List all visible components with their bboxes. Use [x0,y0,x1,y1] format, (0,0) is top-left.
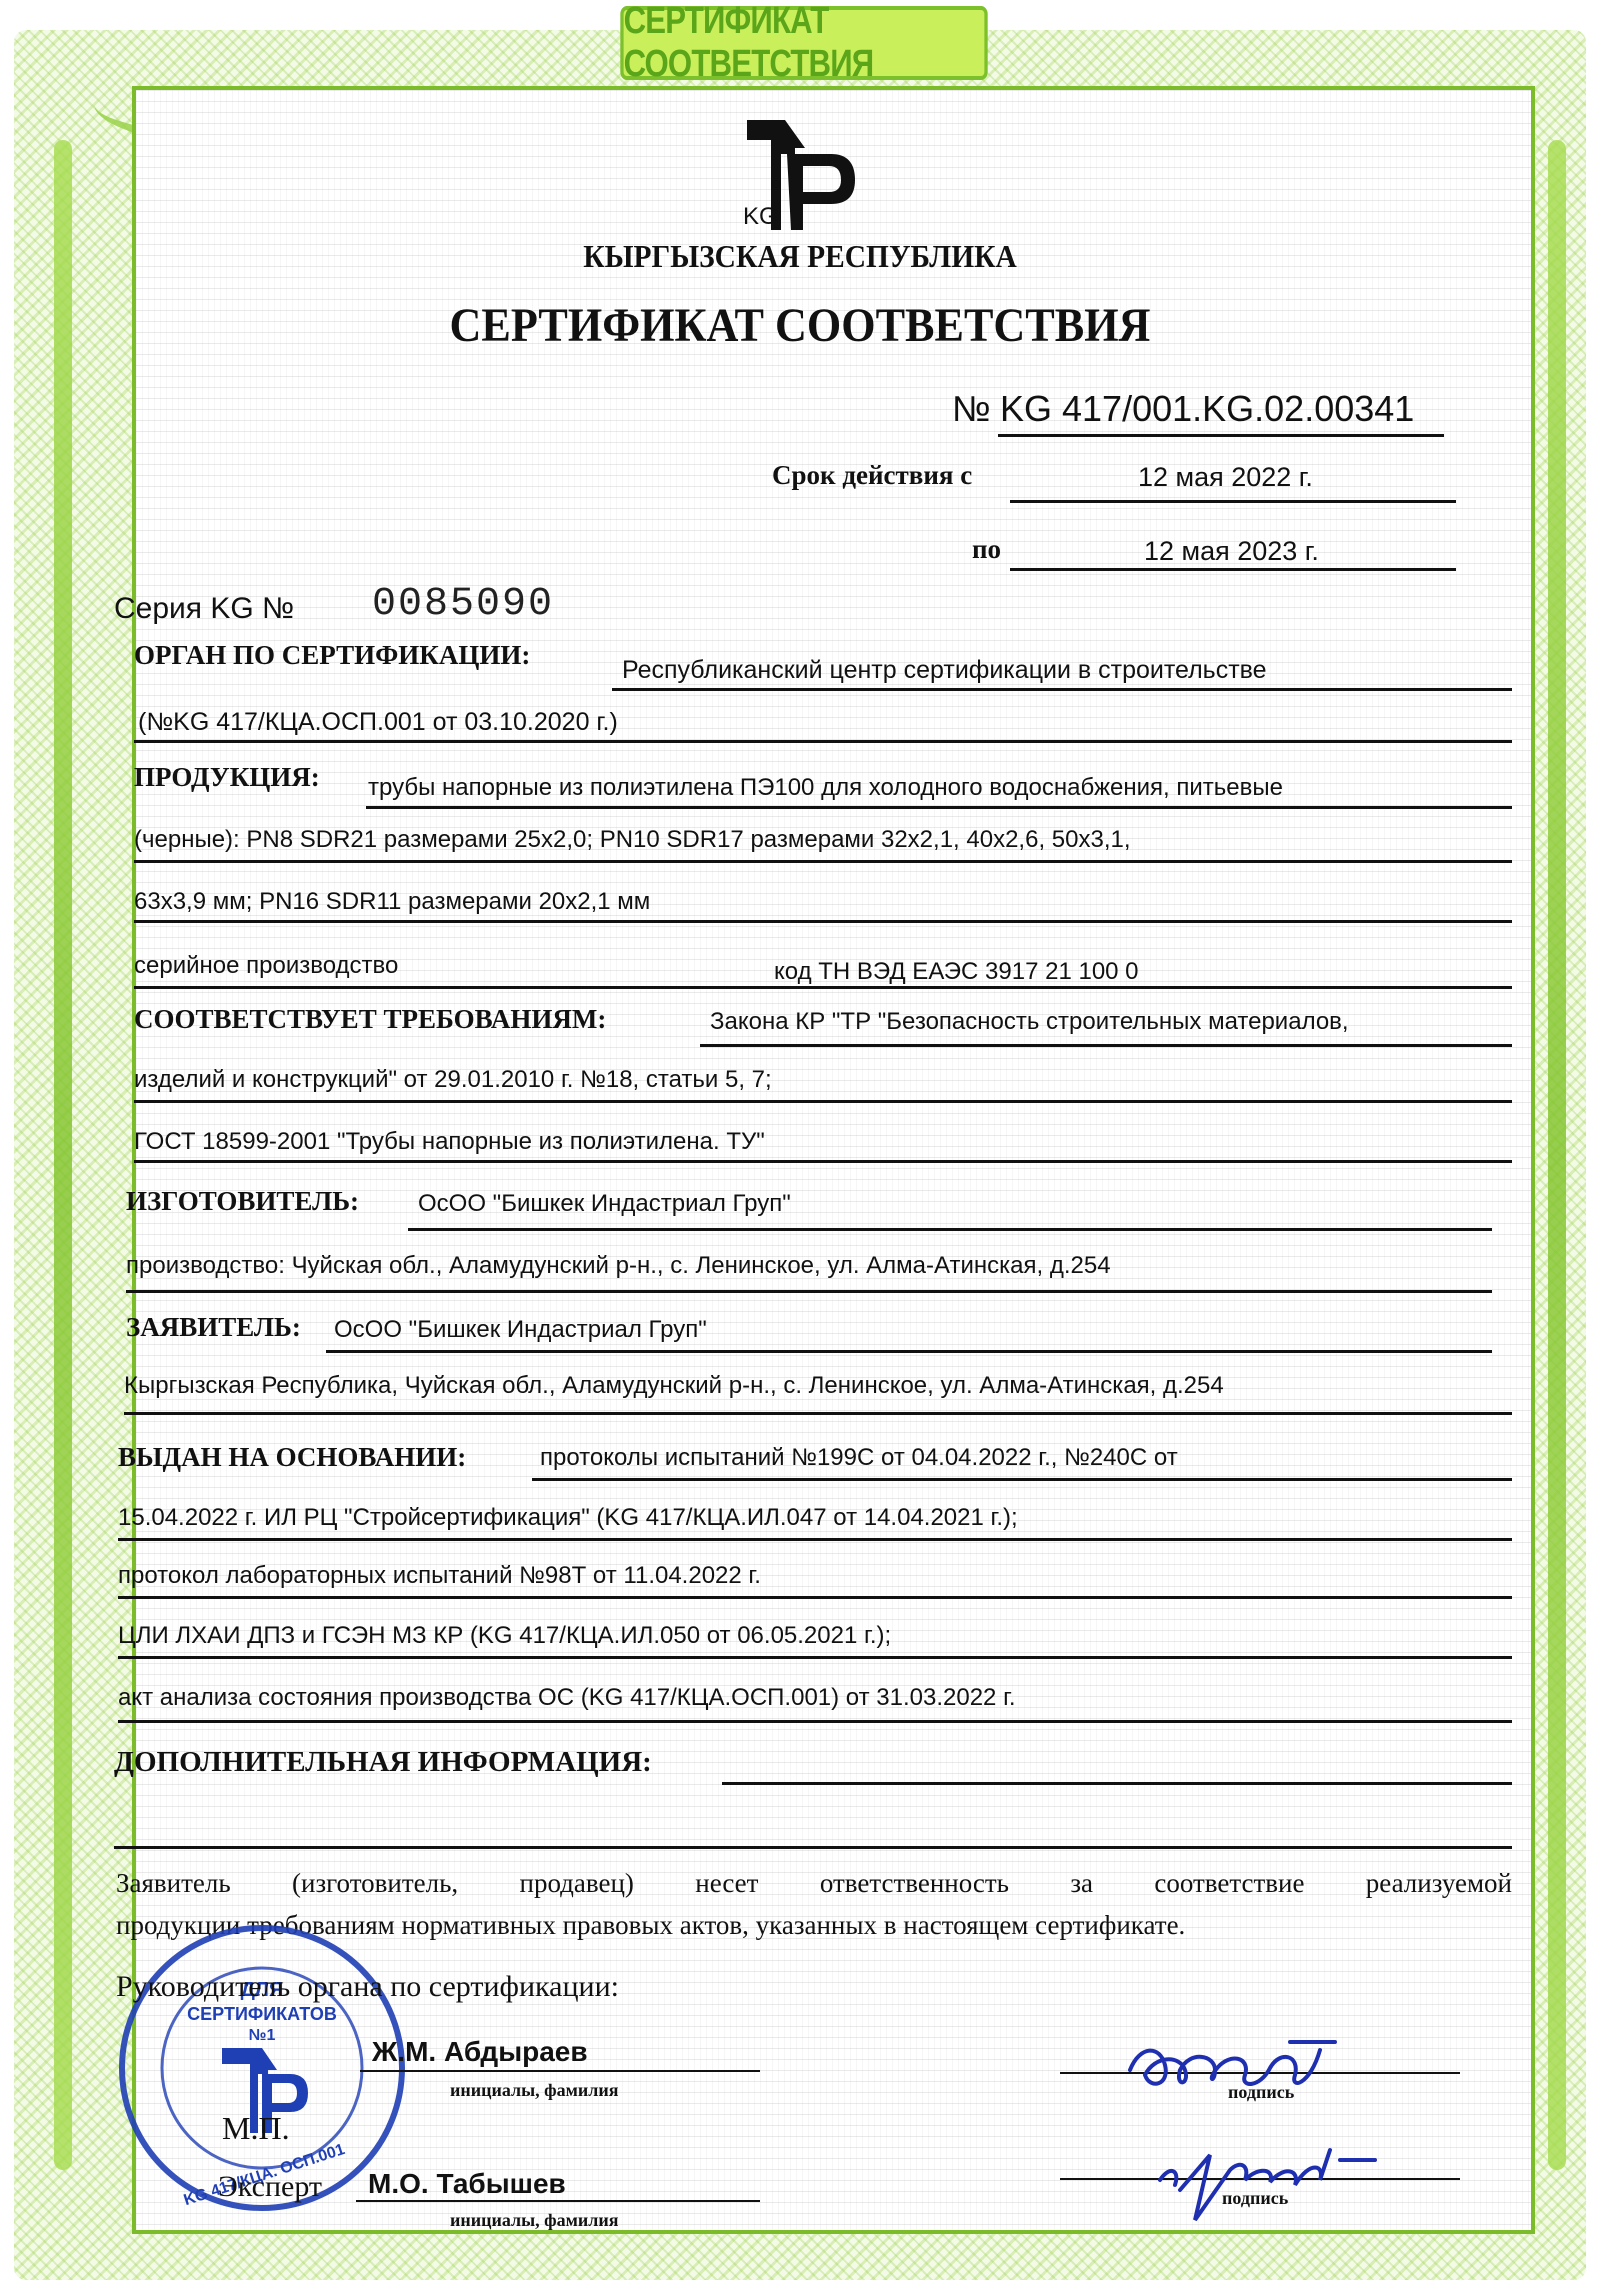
head-name: Ж.М. Абдыраев [372,2036,588,2068]
customs-code: код ТН ВЭД ЕАЭС 3917 21 100 0 [774,958,1139,986]
certificate-number-prefix: № [952,388,991,430]
valid-to-date: 12 мая 2023 г. [1144,536,1319,567]
certification-body-label: ОРГАН ПО СЕРТИФИКАЦИИ: [134,640,530,671]
underline [114,1846,1512,1849]
head-name-caption: инициалы, фамилия [450,2080,618,2101]
manufacturer-name: ОсОО "Бишкек Индастриал Груп" [418,1190,791,1218]
country-name: КЫРГЫЗСКАЯ РЕСПУБЛИКА [64,238,1536,275]
seal-place-label: М.П. [222,2110,290,2147]
requirements-line-1: Закона КР "ТР "Безопасность строительных… [710,1008,1349,1036]
manufacturer-label: ИЗГОТОВИТЕЛЬ: [126,1186,359,1217]
underline [408,1228,1492,1231]
underline [722,1782,1512,1785]
certification-body-accreditation: (№KG 417/КЦА.ОСП.001 от 03.10.2020 г.) [138,708,618,737]
production-type: серийное производство [134,952,398,980]
applicant-label: ЗАЯВИТЕЛЬ: [126,1312,301,1343]
requirements-line-3: ГОСТ 18599-2001 "Трубы напорные из полиэ… [134,1128,765,1156]
basis-line-2: 15.04.2022 г. ИЛ РЦ "Стройсертификация" … [118,1504,1018,1532]
underline [532,1478,1512,1481]
underline [326,1350,1492,1353]
underline [118,1720,1512,1723]
certification-body-value: Республиканский центр сертификации в стр… [622,656,1267,685]
decorative-band-left [54,140,72,2170]
underline [134,920,1512,923]
disclaimer-line-1: Заявитель (изготовитель, продавец) несет… [116,1868,1512,1899]
svg-text:№1: №1 [249,2027,276,2044]
valid-to-label: по [972,534,1001,565]
certificate-number: KG 417/001.KG.02.00341 [1000,388,1414,430]
basis-line-4: ЦЛИ ЛХАИ ДПЗ и ГСЭН МЗ КР (KG 417/КЦА.ИЛ… [118,1622,891,1650]
product-line-3: 63х3,9 мм; PN16 SDR11 размерами 20х2,1 м… [134,888,650,916]
applicant-name: ОсОО "Бишкек Индастриал Груп" [334,1316,707,1344]
svg-text:СЕРТИФИКАТОВ: СЕРТИФИКАТОВ [187,2004,337,2024]
product-label: ПРОДУКЦИЯ: [134,762,320,793]
product-line-1: трубы напорные из полиэтилена ПЭ100 для … [368,774,1283,802]
underline [998,434,1444,437]
underline [134,986,1512,989]
underline [356,2200,760,2202]
underline [118,1596,1512,1599]
applicant-address: Кыргызская Республика, Чуйская обл., Ала… [124,1372,1224,1400]
decorative-band-right [1548,140,1566,2170]
basis-label: ВЫДАН НА ОСНОВАНИИ: [118,1442,466,1473]
underline [1010,500,1456,503]
underline [360,2070,760,2072]
series-label: Серия KG № [114,592,294,626]
underline [126,1290,1492,1293]
basis-line-3: протокол лабораторных испытаний №98Т от … [118,1562,761,1590]
basis-line-1: протоколы испытаний №199С от 04.04.2022 … [540,1444,1178,1472]
underline [366,806,1512,809]
valid-from-label: Срок действия с [772,460,972,491]
manufacturer-address: производство: Чуйская обл., Аламудунский… [126,1252,1111,1280]
underline [134,740,1512,743]
underline [124,1412,1512,1415]
underline [700,1044,1512,1047]
expert-signature-icon [1150,2120,1390,2230]
head-signature-icon [1120,2030,1350,2100]
additional-info-label: ДОПОЛНИТЕЛЬНАЯ ИНФОРМАЦИЯ: [114,1746,652,1779]
basis-line-5: акт анализа состояния производства ОС (K… [118,1684,1016,1712]
underline [118,1656,1512,1659]
expert-name-caption: инициалы, фамилия [450,2210,618,2231]
underline [134,1160,1512,1163]
document-title: СЕРТИФИКАТ СООТВЕТСТВИЯ [64,298,1536,353]
underline [1010,568,1456,571]
requirements-line-2: изделий и конструкций" от 29.01.2010 г. … [134,1066,772,1094]
underline [134,860,1512,863]
underline [612,688,1512,691]
head-of-body-label: Руководитель органа по сертификации: [116,1970,619,2004]
svg-text:KG: KG [743,203,778,230]
tr-kg-logo-icon: KG [733,120,863,230]
header-banner: СЕРТИФИКАТ СООТВЕТСТВИЯ [620,6,987,80]
underline [134,1100,1512,1103]
expert-label: Эксперт [218,2170,322,2204]
requirements-label: СООТВЕТСТВУЕТ ТРЕБОВАНИЯМ: [134,1004,606,1035]
product-line-2: (черные): PN8 SDR21 размерами 25х2,0; PN… [134,826,1131,854]
expert-name: М.О. Табышев [368,2168,566,2200]
valid-from-date: 12 мая 2022 г. [1138,462,1313,493]
series-number: 0085090 [372,582,554,627]
underline [118,1538,1512,1541]
